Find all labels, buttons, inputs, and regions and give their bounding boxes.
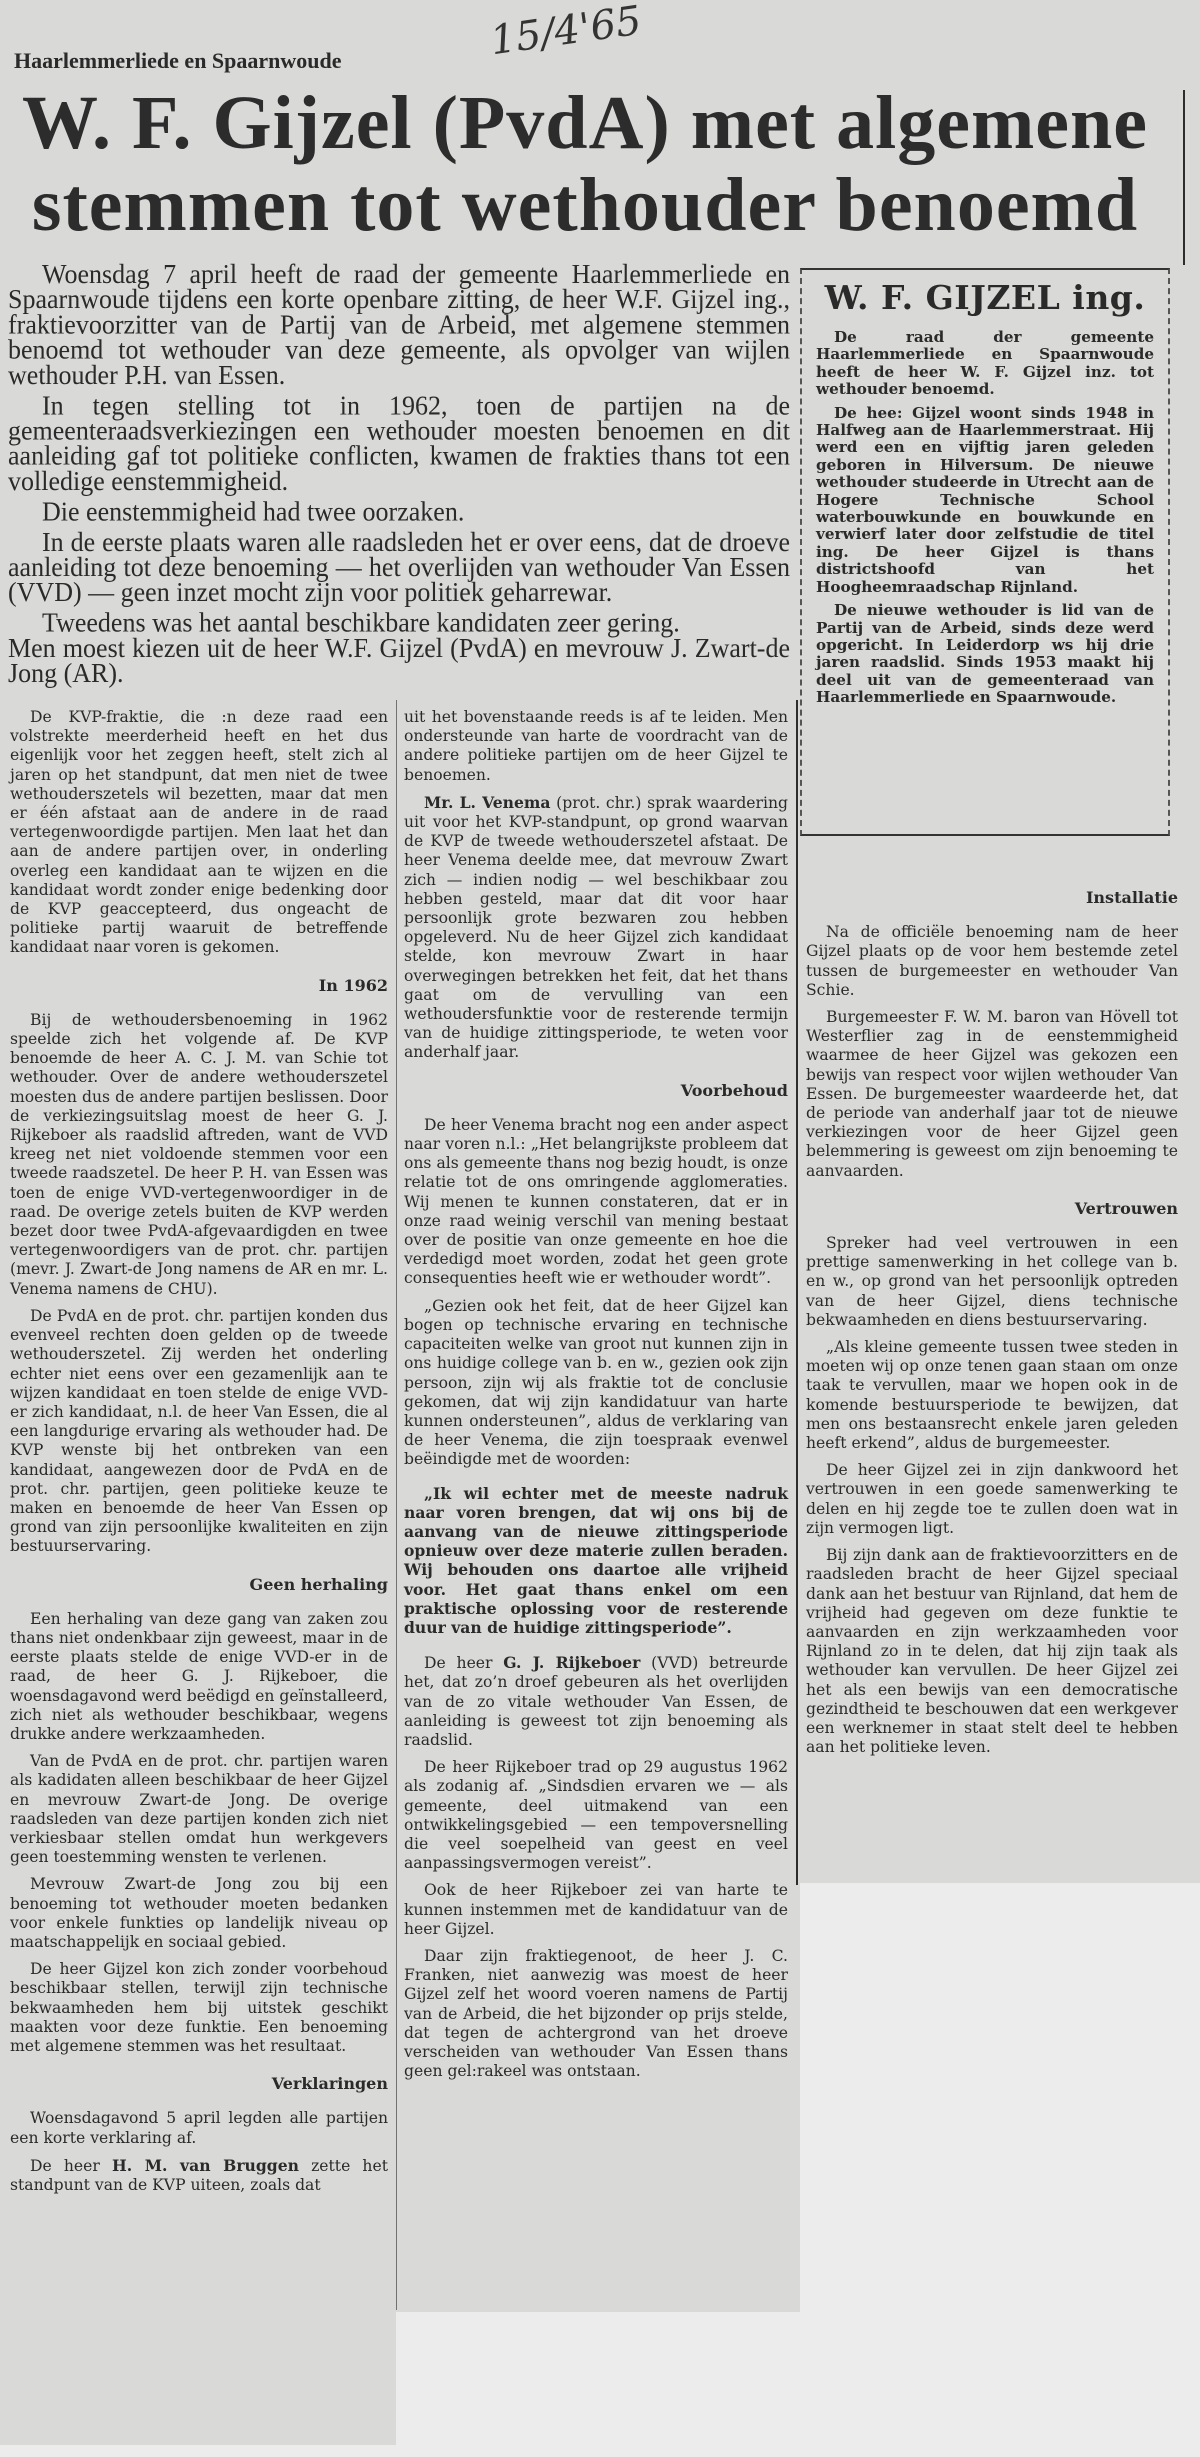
column-rule bbox=[796, 700, 798, 1885]
paragraph: Van de PvdA en de prot. chr. partijen wa… bbox=[10, 1752, 388, 1867]
headline-line-2: stemmen tot wethouder benoemd bbox=[10, 164, 1160, 246]
paragraph: Mr. L. Venema (prot. chr.) sprak waarder… bbox=[404, 793, 788, 1063]
column-rule bbox=[1183, 90, 1185, 265]
paragraph: De KVP-fraktie, die :n deze raad een vol… bbox=[10, 708, 388, 958]
bio-paragraph: De nieuwe wethouder is lid van de Partij… bbox=[816, 602, 1154, 706]
kicker: Haarlemmerliede en Spaarnwoude bbox=[14, 48, 342, 74]
intro-text: Woensdag 7 april heeft de raad der gemee… bbox=[8, 262, 790, 691]
paragraph: „Gezien ook het feit, dat de heer Gijzel… bbox=[404, 1297, 788, 1470]
bio-title: W. F. GIJZEL ing. bbox=[816, 278, 1154, 317]
subheading-geen-herhaling: Geen herhaling bbox=[10, 1575, 388, 1594]
paragraph: uit het bovenstaande reeds is af te leid… bbox=[404, 708, 788, 785]
intro-paragraph: In tegen stelling tot in 1962, toen de p… bbox=[8, 393, 790, 494]
paragraph: Ook de heer Rijkeboer zei van harte te k… bbox=[404, 1881, 788, 1939]
paragraph: Mevrouw Zwart-de Jong zou bij een benoem… bbox=[10, 1875, 388, 1952]
person-name: H. M. van Bruggen bbox=[112, 2156, 299, 2175]
text: (prot. chr.) sprak waardering uit voor h… bbox=[404, 794, 788, 1062]
intro-paragraph: Die eenstemmigheid had twee oorzaken. bbox=[8, 499, 790, 524]
paragraph: Spreker had veel vertrouwen in een prett… bbox=[806, 1234, 1178, 1330]
text: De heer bbox=[424, 1654, 503, 1672]
text: De heer bbox=[30, 2157, 112, 2175]
article-column-2: uit het bovenstaande reeds is af te leid… bbox=[404, 708, 788, 2089]
paragraph: De heer Venema bracht nog een ander aspe… bbox=[404, 1116, 788, 1289]
person-name: G. J. Rijkeboer bbox=[503, 1653, 640, 1672]
paragraph: Bij zijn dank aan de fraktievoorzitters … bbox=[806, 1546, 1178, 1757]
paragraph: Daar zijn fraktiegenoot, de heer J. C. F… bbox=[404, 1947, 788, 2081]
paragraph: De PvdA en de prot. chr. partijen konden… bbox=[10, 1307, 388, 1557]
paragraph: De heer Gijzel zei in zijn dankwoord het… bbox=[806, 1461, 1178, 1538]
quote-bold: „Ik wil echter met de meeste nadruk naar… bbox=[404, 1484, 788, 1638]
subheading-voorbehoud: Voorbehoud bbox=[404, 1081, 788, 1100]
paragraph: Burgemeester F. W. M. baron van Hövell t… bbox=[806, 1008, 1178, 1181]
paragraph: De heer H. M. van Bruggen zette het stan… bbox=[10, 2156, 388, 2195]
headline-line-1: W. F. Gijzel (PvdA) met algemene bbox=[10, 82, 1160, 164]
paragraph: Woensdagavond 5 april legden alle partij… bbox=[10, 2109, 388, 2147]
intro-paragraph: Men moest kiezen uit de heer W.F. Gijzel… bbox=[8, 636, 790, 686]
paragraph: Bij de wethoudersbenoeming in 1962 speel… bbox=[10, 1011, 388, 1299]
article-column-1: De KVP-fraktie, die :n deze raad een vol… bbox=[10, 708, 388, 2203]
paragraph: Een herhaling van deze gang van zaken zo… bbox=[10, 1610, 388, 1744]
paragraph: Na de officiële benoeming nam de heer Gi… bbox=[806, 923, 1178, 1000]
bio-sidebar-box: W. F. GIJZEL ing. De raad der gemeente H… bbox=[800, 268, 1170, 836]
intro-paragraph: In de eerste plaats waren alle raadslede… bbox=[8, 530, 790, 606]
bio-paragraph: De hee: Gijzel woont sinds 1948 in Halfw… bbox=[816, 405, 1154, 596]
paragraph: De heer Gijzel kon zich zonder voorbehou… bbox=[10, 1960, 388, 2056]
column-rule bbox=[396, 700, 397, 2310]
subheading-vertrouwen: Vertrouwen bbox=[806, 1199, 1178, 1218]
intro-paragraph: Woensdag 7 april heeft de raad der gemee… bbox=[8, 262, 790, 388]
paragraph: De heer Rijkeboer trad op 29 augustus 19… bbox=[404, 1758, 788, 1873]
article-column-3: Installatie Na de officiële benoeming na… bbox=[806, 868, 1178, 1765]
headline: W. F. Gijzel (PvdA) met algemene stemmen… bbox=[10, 82, 1160, 246]
paragraph: „Als kleine gemeente tussen twee steden … bbox=[806, 1338, 1178, 1453]
subheading-installatie: Installatie bbox=[806, 888, 1178, 907]
paragraph: De heer G. J. Rijkeboer (VVD) betreurde … bbox=[404, 1653, 788, 1750]
bio-paragraph: De raad der gemeente Haarlemmerliede en … bbox=[816, 329, 1154, 399]
person-name: Mr. L. Venema bbox=[424, 793, 551, 812]
subheading-in-1962: In 1962 bbox=[10, 976, 388, 995]
subheading-verklaringen: Verklaringen bbox=[10, 2074, 388, 2093]
